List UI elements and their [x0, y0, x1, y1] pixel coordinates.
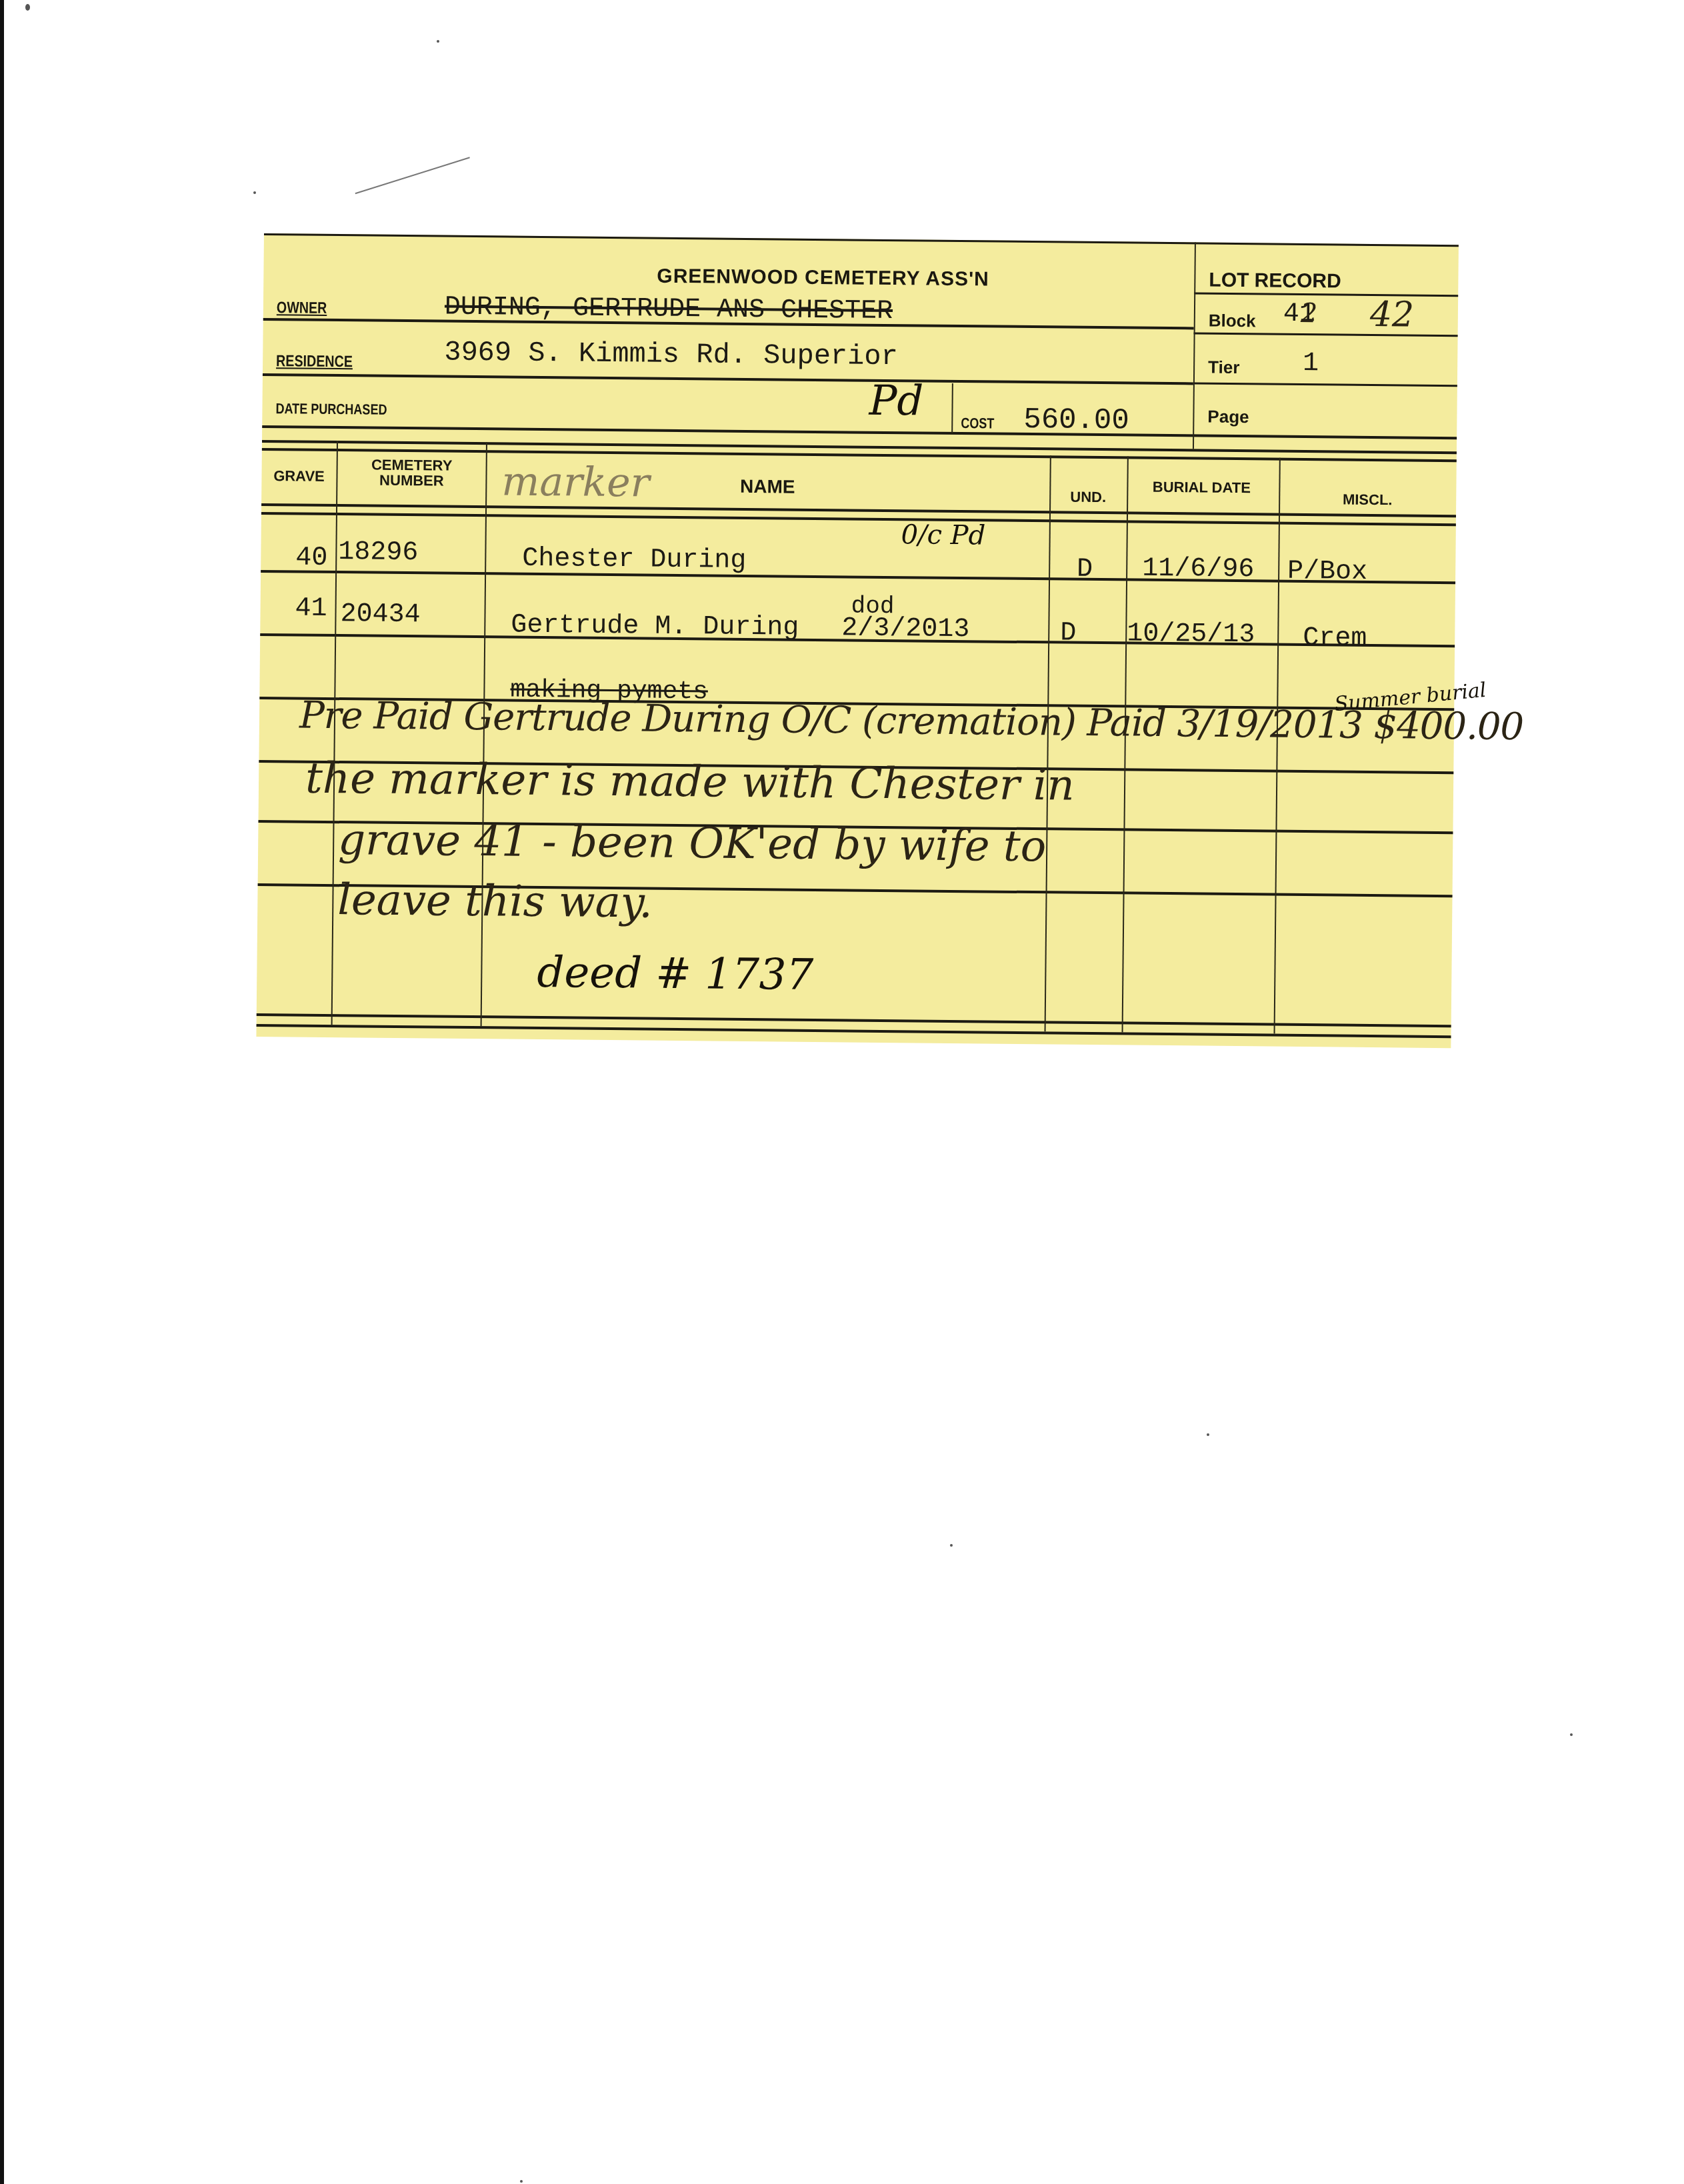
rule: [257, 1024, 1451, 1038]
rule: [1194, 292, 1458, 297]
marker-pencil-note: marker: [501, 458, 650, 506]
rule: [1193, 382, 1457, 387]
deed-number-note: deed # 1737: [537, 948, 814, 1000]
rule: [264, 233, 1459, 247]
column-divider: [951, 383, 953, 433]
handwritten-note: leave this way.: [337, 875, 653, 928]
miscl-value: P/Box: [1287, 557, 1367, 587]
deceased-name: Gertrude M. During: [511, 611, 799, 643]
cemetery-title: GREENWOOD CEMETERY ASS'N: [657, 265, 989, 291]
deceased-name: Chester During: [522, 544, 746, 576]
scan-speck: [1207, 1433, 1209, 1436]
cemetery-number: 18296: [338, 537, 418, 568]
scan-speck: [437, 40, 439, 43]
burial-date: 10/25/13: [1127, 619, 1255, 650]
scan-speck: [25, 4, 30, 11]
scan-speck: [520, 2180, 523, 2183]
block-label: Block: [1209, 311, 1256, 332]
tier-value: 1: [1303, 349, 1319, 379]
scan-speck: [950, 1544, 953, 1547]
col-header-miscl: MISCL.: [1279, 491, 1456, 509]
col-header-burial-date: BURIAL DATE: [1148, 479, 1255, 496]
cost-label: COST: [961, 415, 994, 432]
col-header-und: UND.: [1049, 489, 1127, 505]
page-label: Page: [1207, 407, 1249, 428]
grave-number: 41: [295, 593, 327, 623]
card-crease: [355, 157, 470, 194]
column-divider: [1193, 242, 1196, 449]
miscl-value: Crem: [1303, 623, 1367, 654]
rule: [1194, 332, 1458, 337]
cemetery-number: 20434: [340, 599, 420, 630]
lot-record-card: GREENWOOD CEMETERY ASS'N OWNER DURING, G…: [256, 233, 1458, 1048]
cost-value: 560.00: [1023, 403, 1129, 438]
burial-date: 11/6/96: [1142, 554, 1254, 585]
date-of-death: 2/3/2013: [841, 613, 969, 645]
lot-record-title: LOT RECORD: [1209, 269, 1341, 293]
owner-label: OWNER: [277, 299, 327, 318]
handwritten-note: grave 41 - been OK'ed by wife to: [338, 815, 1047, 871]
rule: [261, 570, 1455, 584]
scan-edge: [0, 0, 4, 2184]
block-handwritten-value: 42: [1370, 295, 1415, 335]
block-overwrite: 2: [1301, 298, 1318, 329]
residence-label: RESIDENCE: [276, 352, 353, 371]
und-value: D: [1060, 618, 1076, 648]
col-header-cemetery-number: CEMETERY NUMBER: [361, 457, 461, 489]
grave-number: 40: [295, 543, 327, 573]
rule: [263, 373, 1193, 385]
scan-speck: [1570, 1733, 1573, 1736]
und-value: D: [1077, 555, 1093, 585]
paid-note: Pd: [869, 376, 923, 425]
owner-value: DURING, GERTRUDE ANS CHESTER: [445, 293, 893, 327]
col-header-grave: GRAVE: [261, 468, 336, 484]
scan-speck: [253, 191, 256, 194]
open-close-paid-note: 0/c Pd: [901, 519, 985, 551]
handwritten-note: the marker is made with Chester in: [305, 754, 1075, 811]
residence-value: 3969 S. Kimmis Rd. Superior: [444, 337, 898, 373]
tier-label: Tier: [1208, 357, 1240, 378]
date-purchased-label: DATE PURCHASED: [275, 400, 387, 419]
rule: [262, 425, 1457, 439]
